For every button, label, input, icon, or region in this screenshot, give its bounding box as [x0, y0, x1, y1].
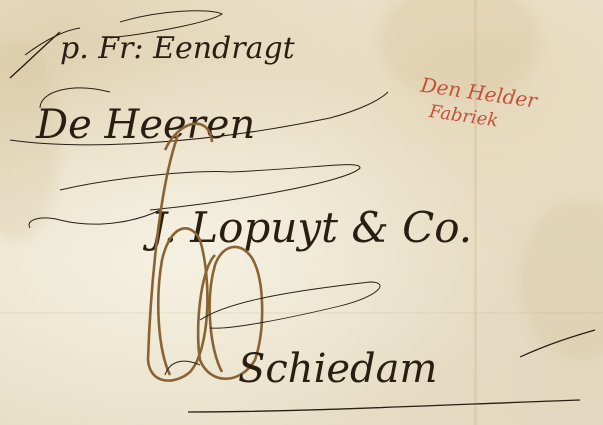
destination-text: Schiedam: [238, 346, 437, 392]
per-ship-line: p. Fr: Eendragt: [10, 11, 296, 78]
destination-underline: [188, 400, 580, 412]
destination-line: Schiedam: [165, 282, 595, 412]
addressee-title-text: De Heeren: [35, 102, 255, 148]
per-ship-text: p. Fr: Eendragt: [60, 31, 296, 66]
handwriting-layer: p. Fr: Eendragt De Heeren J. Lopuyt & Co…: [0, 0, 603, 425]
letter-cover: p. Fr: Eendragt De Heeren J. Lopuyt & Co…: [0, 0, 603, 425]
addressee-name-line: J. Lopuyt & Co.: [29, 165, 472, 252]
rate-marking-text: 60: [0, 0, 16, 4]
postmark: Den Helder Fabriek: [415, 73, 540, 137]
addressee-name-text: J. Lopuyt & Co.: [142, 203, 472, 252]
addressee-title-line: De Heeren: [10, 88, 388, 148]
